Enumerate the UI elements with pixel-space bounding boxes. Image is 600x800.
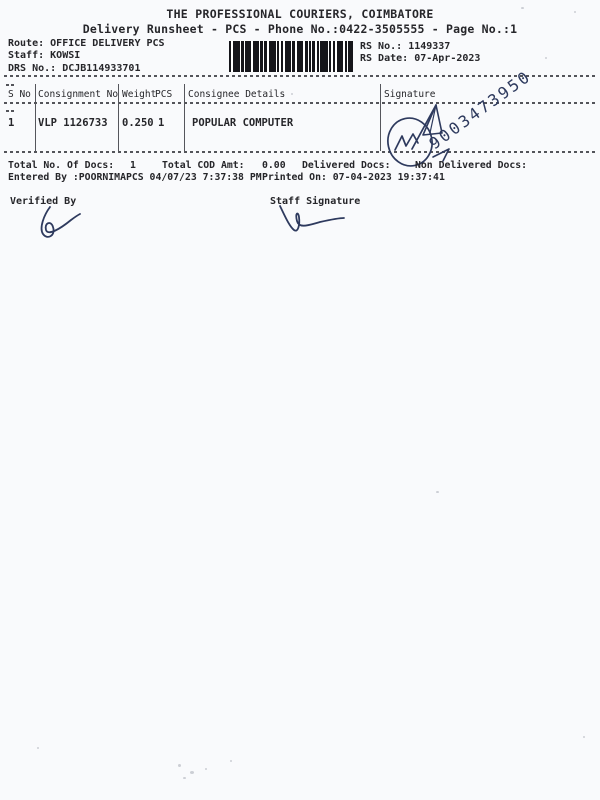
staff-value: KOWSI <box>50 50 80 61</box>
rs-date-label: RS Date: <box>360 53 408 64</box>
row-consignee: POPULAR COMPUTER <box>192 117 293 129</box>
divider-table-bottom <box>4 151 596 153</box>
non-delivered-docs-label: Non Delivered Docs: <box>415 160 527 171</box>
verified-by-signature <box>30 202 100 244</box>
page-subtitle: Delivery Runsheet - PCS - Phone No.:0422… <box>0 22 600 36</box>
col-header-sno: S No <box>8 89 31 100</box>
delivered-docs-label: Delivered Docs: <box>302 160 390 171</box>
total-cod-value: 0.00 <box>262 160 286 171</box>
drs-no-value: DCJB114933701 <box>62 63 140 74</box>
barcode <box>229 41 353 72</box>
total-docs-value: 1 <box>130 160 136 171</box>
col-header-weight: Weight <box>122 89 156 100</box>
row-sno: 1 <box>8 117 14 129</box>
printed-on-line: Printed On: 07-04-2023 19:37:41 <box>262 172 445 183</box>
dash-mark <box>6 84 15 86</box>
rs-date-value: 07-Apr-2023 <box>414 53 480 64</box>
col-header-pcs: PCS <box>155 89 172 100</box>
drs-no-label: DRS No.: <box>8 63 56 74</box>
route-value: OFFICE DELIVERY PCS <box>50 38 164 49</box>
runsheet-document: THE PROFESSIONAL COURIERS, COIMBATORE De… <box>0 0 600 800</box>
rs-no-line: RS No.: 1149337 <box>360 41 450 52</box>
rs-no-label: RS No.: <box>360 41 402 52</box>
column-rule <box>184 84 185 151</box>
drs-line: DRS No.: DCJB114933701 <box>8 63 140 74</box>
entered-by-line: Entered By :POORNIMAPCS 04/07/23 7:37:38… <box>8 172 262 183</box>
staff-line: Staff: KOWSI <box>8 50 80 61</box>
rs-no-value: 1149337 <box>408 41 450 52</box>
route-line: Route: OFFICE DELIVERY PCS <box>8 38 165 49</box>
dash-mark <box>6 110 15 112</box>
page-title: THE PROFESSIONAL COURIERS, COIMBATORE <box>0 7 600 21</box>
col-header-consignment: Consignment No <box>38 89 118 100</box>
column-rule <box>118 84 119 151</box>
column-rule <box>35 84 36 151</box>
route-label: Route: <box>8 38 44 49</box>
total-cod-label: Total COD Amt: <box>162 160 245 171</box>
row-consignment: VLP 1126733 <box>38 117 108 129</box>
staff-signature-scribble <box>272 200 352 238</box>
divider-header <box>4 102 596 104</box>
rs-date-line: RS Date: 07-Apr-2023 <box>360 53 480 64</box>
staff-label: Staff: <box>8 50 44 61</box>
col-header-consignee: Consignee Details <box>188 89 285 100</box>
total-docs-label: Total No. Of Docs: <box>8 160 114 171</box>
row-weight: 0.250 <box>122 117 154 129</box>
row-pcs: 1 <box>158 117 164 129</box>
